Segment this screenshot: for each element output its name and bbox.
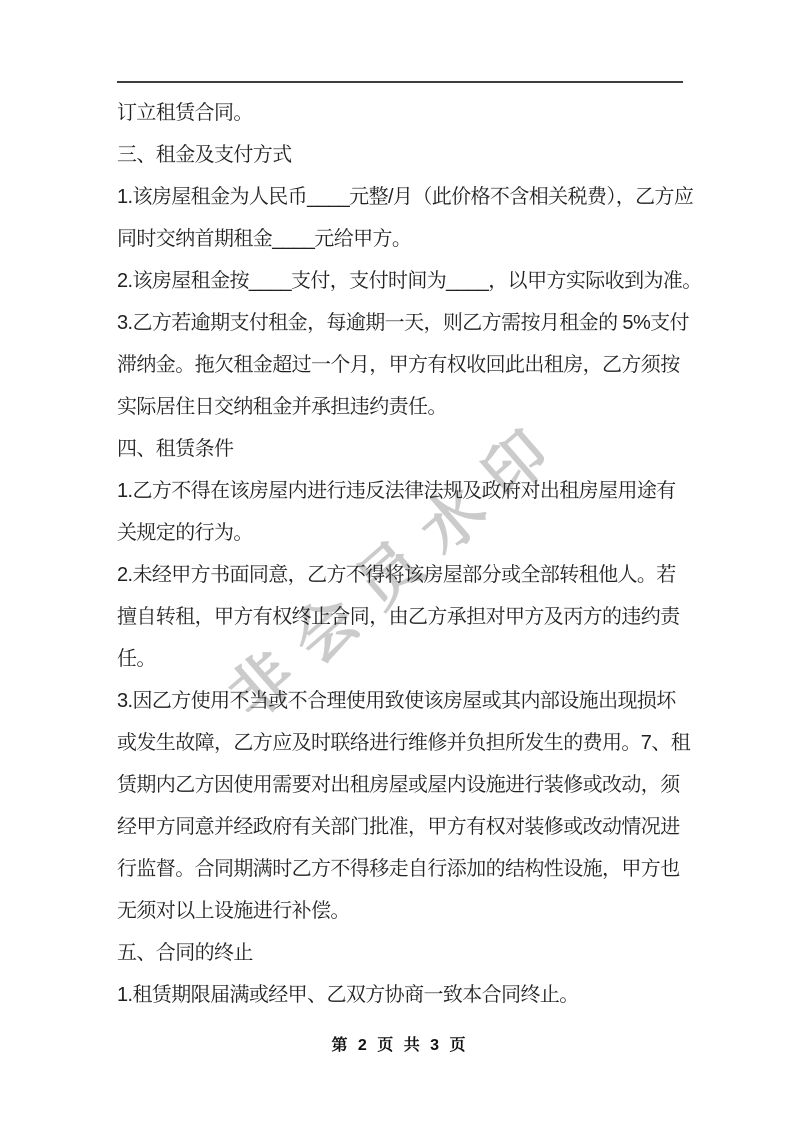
doc-line: 2.未经甲方书面同意，乙方不得将该房屋部分或全部转租他人。若 <box>117 554 707 596</box>
contract-body: 订立租赁合同。 三、租金及支付方式 1.该房屋租金为人民币____元整/月（此价… <box>117 92 707 1016</box>
section-heading-termination: 五、合同的终止 <box>117 932 707 974</box>
doc-line: 关规定的行为。 <box>117 512 707 554</box>
doc-line: 赁期内乙方因使用需要对出租房屋或屋内设施进行装修或改动，须 <box>117 764 707 806</box>
doc-line: 同时交纳首期租金____元给甲方。 <box>117 218 707 260</box>
header-divider-rule <box>117 81 683 83</box>
doc-line: 2.该房屋租金按____支付，支付时间为____，以甲方实际收到为准。 <box>117 260 707 302</box>
document-page: 非会员水印 订立租赁合同。 三、租金及支付方式 1.该房屋租金为人民币____元… <box>0 0 800 1131</box>
doc-line: 订立租赁合同。 <box>117 92 707 134</box>
doc-line: 3.乙方若逾期支付租金，每逾期一天，则乙方需按月租金的 5%支付 <box>117 302 707 344</box>
doc-line: 1.租赁期限届满或经甲、乙双方协商一致本合同终止。 <box>117 974 707 1016</box>
doc-line: 实际居住日交纳租金并承担违约责任。 <box>117 386 707 428</box>
doc-line: 1.乙方不得在该房屋内进行违反法律法规及政府对出租房屋用途有 <box>117 470 707 512</box>
doc-line: 行监督。合同期满时乙方不得移走自行添加的结构性设施，甲方也 <box>117 848 707 890</box>
doc-line: 滞纳金。拖欠租金超过一个月，甲方有权收回此出租房，乙方须按 <box>117 344 707 386</box>
page-number-footer: 第 2 页 共 3 页 <box>0 1032 800 1055</box>
section-heading-rent: 三、租金及支付方式 <box>117 134 707 176</box>
doc-line: 1.该房屋租金为人民币____元整/月（此价格不含相关税费），乙方应 <box>117 176 707 218</box>
doc-line: 无须对以上设施进行补偿。 <box>117 890 707 932</box>
doc-line: 擅自转租，甲方有权终止合同，由乙方承担对甲方及丙方的违约责 <box>117 596 707 638</box>
doc-line: 经甲方同意并经政府有关部门批准，甲方有权对装修或改动情况进 <box>117 806 707 848</box>
doc-line: 任。 <box>117 638 707 680</box>
doc-line: 3.因乙方使用不当或不合理使用致使该房屋或其内部设施出现损坏 <box>117 680 707 722</box>
doc-line: 或发生故障，乙方应及时联络进行维修并负担所发生的费用。7、租 <box>117 722 707 764</box>
section-heading-terms: 四、租赁条件 <box>117 428 707 470</box>
